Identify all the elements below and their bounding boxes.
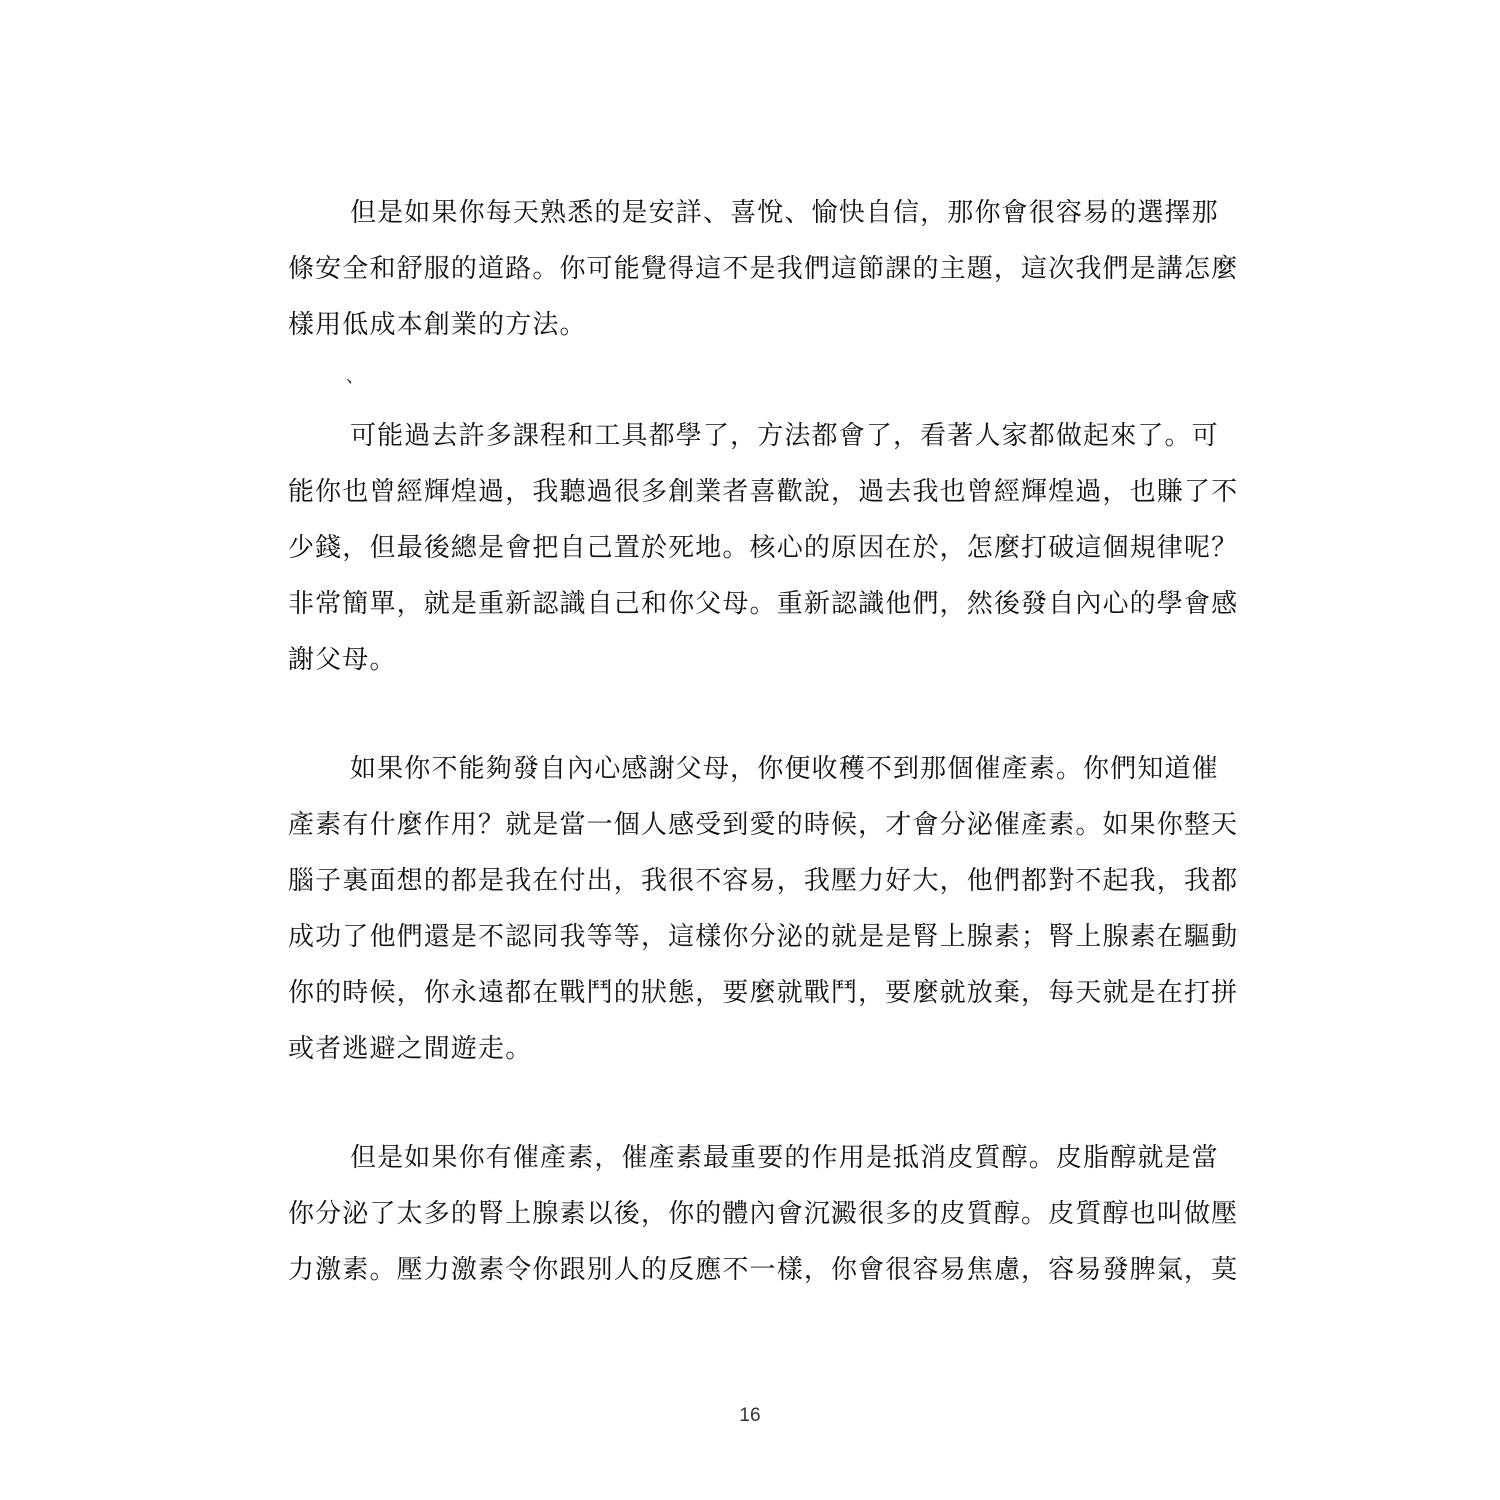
paragraph-line: 或者逃避之間遊走。 [288, 1021, 1215, 1077]
paragraph-line: 力激素。壓力激素令你跟別人的反應不一樣，你會很容易焦慮，容易發脾氣，莫 [288, 1242, 1215, 1298]
paragraph-line: 可能過去許多課程和工具都學了，方法都會了，看著人家都做起來了。可 [288, 408, 1215, 464]
paragraph-line: 產素有什麼作用？就是當一個人感受到愛的時候，才會分泌催產素。如果你整天 [288, 797, 1215, 853]
paragraph-3: 如果你不能夠發自內心感謝父母，你便收穫不到那個催產素。你們知道催 產素有什麼作用… [288, 741, 1215, 1077]
stray-punctuation-mark: 、 [346, 362, 364, 388]
document-page: 但是如果你每天熟悉的是安詳、喜悅、愉快自信，那你會很容易的選擇那 條安全和舒服的… [0, 0, 1500, 1500]
paragraph-line: 如果你不能夠發自內心感謝父母，你便收穫不到那個催產素。你們知道催 [288, 741, 1215, 797]
paragraph-line: 成功了他們還是不認同我等等，這樣你分泌的就是是腎上腺素；腎上腺素在驅動 [288, 909, 1215, 965]
paragraph-line: 你的時候，你永遠都在戰鬥的狀態，要麼就戰鬥，要麼就放棄，每天就是在打拼 [288, 965, 1215, 1021]
paragraph-line: 但是如果你每天熟悉的是安詳、喜悅、愉快自信，那你會很容易的選擇那 [288, 185, 1215, 241]
paragraph-line: 你分泌了太多的腎上腺素以後，你的體內會沉澱很多的皮質醇。皮質醇也叫做壓 [288, 1186, 1215, 1242]
paragraph-line: 非常簡單，就是重新認識自己和你父母。重新認識他們，然後發自內心的學會感 [288, 576, 1215, 632]
paragraph-1: 但是如果你每天熟悉的是安詳、喜悅、愉快自信，那你會很容易的選擇那 條安全和舒服的… [288, 185, 1215, 353]
paragraph-line: 少錢，但最後總是會把自己置於死地。核心的原因在於，怎麼打破這個規律呢？ [288, 520, 1215, 576]
paragraph-line: 樣用低成本創業的方法。 [288, 297, 1215, 353]
paragraph-line: 條安全和舒服的道路。你可能覺得這不是我們這節課的主題，這次我們是講怎麼 [288, 241, 1215, 297]
page-number: 16 [0, 1405, 1500, 1427]
paragraph-line: 腦子裏面想的都是我在付出，我很不容易，我壓力好大，他們都對不起我，我都 [288, 853, 1215, 909]
paragraph-2: 可能過去許多課程和工具都學了，方法都會了，看著人家都做起來了。可 能你也曾經輝煌… [288, 408, 1215, 688]
paragraph-4: 但是如果你有催產素，催產素最重要的作用是抵消皮質醇。皮脂醇就是當 你分泌了太多的… [288, 1130, 1215, 1298]
paragraph-line: 但是如果你有催產素，催產素最重要的作用是抵消皮質醇。皮脂醇就是當 [288, 1130, 1215, 1186]
paragraph-line: 能你也曾經輝煌過，我聽過很多創業者喜歡說，過去我也曾經輝煌過，也賺了不 [288, 464, 1215, 520]
paragraph-line: 謝父母。 [288, 632, 1215, 688]
